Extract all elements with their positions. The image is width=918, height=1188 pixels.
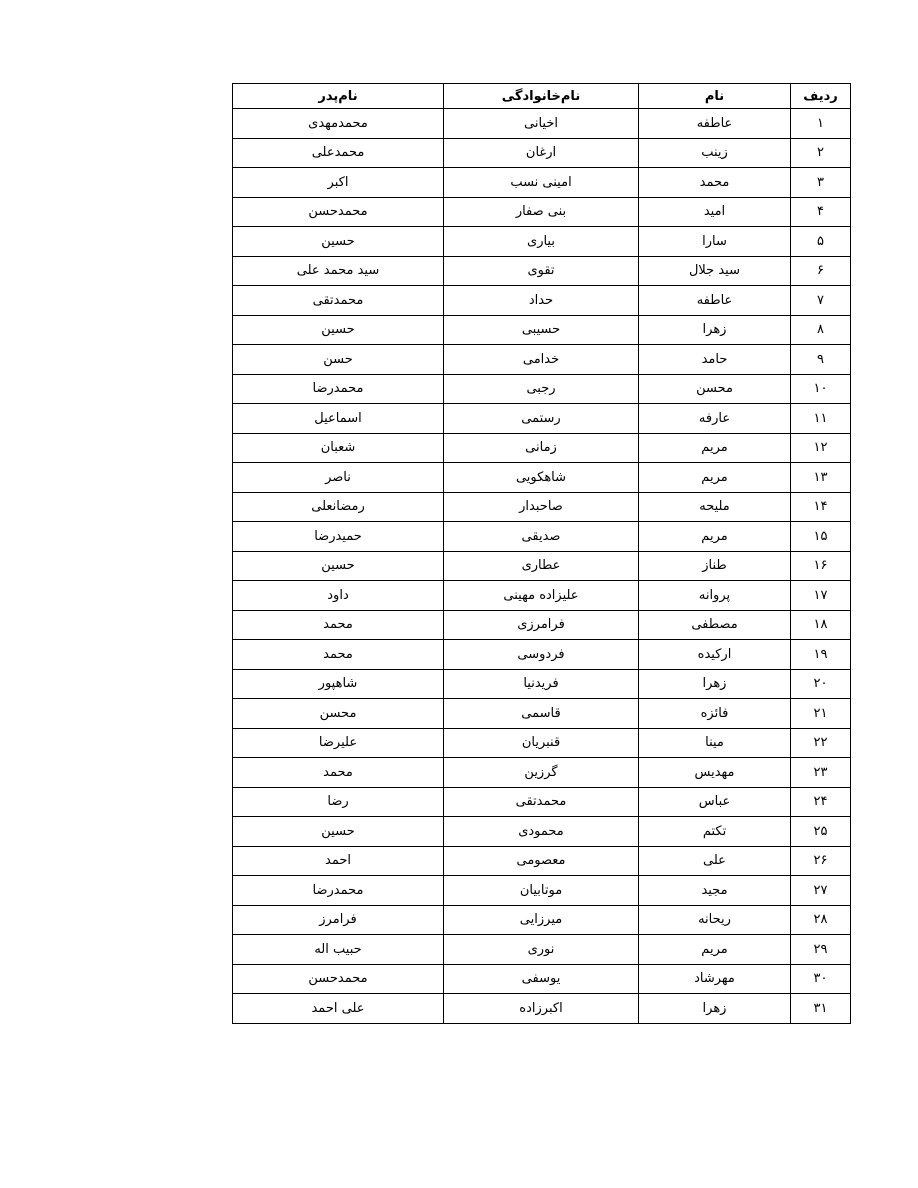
cell-first-name: زهرا bbox=[639, 994, 791, 1024]
cell-father-name: فرامرز bbox=[233, 905, 444, 935]
cell-father-name: شاهپور bbox=[233, 669, 444, 699]
cell-father-name: اسماعیل bbox=[233, 404, 444, 434]
cell-first-name: ارکیده bbox=[639, 640, 791, 670]
cell-father-name: محمد bbox=[233, 758, 444, 788]
cell-first-name: محمد bbox=[639, 168, 791, 198]
table-row: ۸ زهرا حسیبی حسین bbox=[233, 315, 851, 345]
cell-row-number: ۲۱ bbox=[791, 699, 851, 729]
cell-row-number: ۲۲ bbox=[791, 728, 851, 758]
cell-first-name: مریم bbox=[639, 935, 791, 965]
cell-father-name: سید محمد علی bbox=[233, 256, 444, 286]
cell-father-name: محمدحسن bbox=[233, 964, 444, 994]
cell-father-name: حبیب اله bbox=[233, 935, 444, 965]
cell-father-name: محمدعلی bbox=[233, 138, 444, 168]
cell-last-name: زمانی bbox=[444, 433, 639, 463]
cell-last-name: شاهکویی bbox=[444, 463, 639, 493]
cell-row-number: ۱۳ bbox=[791, 463, 851, 493]
cell-row-number: ۱۵ bbox=[791, 522, 851, 552]
table-row: ۱۴ ملیحه صاحبدار رمضانعلی bbox=[233, 492, 851, 522]
cell-row-number: ۲۳ bbox=[791, 758, 851, 788]
cell-father-name: محمدتقی bbox=[233, 286, 444, 316]
cell-first-name: ملیحه bbox=[639, 492, 791, 522]
table-row: ۳۱ زهرا اکبرزاده علی احمد bbox=[233, 994, 851, 1024]
cell-last-name: تقوی bbox=[444, 256, 639, 286]
cell-last-name: خدامی bbox=[444, 345, 639, 375]
table-row: ۶ سید جلال تقوی سید محمد علی bbox=[233, 256, 851, 286]
cell-father-name: علیرضا bbox=[233, 728, 444, 758]
names-table: ردیف نام نام‌خانوادگی نام‌پدر ۱ عاطفه اخ… bbox=[232, 83, 851, 1024]
cell-first-name: مهدیس bbox=[639, 758, 791, 788]
cell-father-name: داود bbox=[233, 581, 444, 611]
table-row: ۴ امید بنی صفار محمدحسن bbox=[233, 197, 851, 227]
cell-last-name: گرزین bbox=[444, 758, 639, 788]
cell-first-name: عباس bbox=[639, 787, 791, 817]
column-header-father-name: نام‌پدر bbox=[233, 84, 444, 109]
cell-father-name: ناصر bbox=[233, 463, 444, 493]
cell-father-name: علی احمد bbox=[233, 994, 444, 1024]
table-row: ۵ سارا بیاری حسین bbox=[233, 227, 851, 257]
cell-row-number: ۲۴ bbox=[791, 787, 851, 817]
table-row: ۲۲ مینا قنبریان علیرضا bbox=[233, 728, 851, 758]
cell-row-number: ۱۱ bbox=[791, 404, 851, 434]
cell-row-number: ۱۹ bbox=[791, 640, 851, 670]
table-row: ۲۱ فائزه قاسمی محسن bbox=[233, 699, 851, 729]
cell-father-name: رمضانعلی bbox=[233, 492, 444, 522]
cell-last-name: معصومی bbox=[444, 846, 639, 876]
cell-father-name: محسن bbox=[233, 699, 444, 729]
cell-father-name: محمد bbox=[233, 610, 444, 640]
cell-row-number: ۲ bbox=[791, 138, 851, 168]
cell-row-number: ۳ bbox=[791, 168, 851, 198]
cell-father-name: محمدمهدی bbox=[233, 109, 444, 139]
cell-last-name: حسیبی bbox=[444, 315, 639, 345]
table-row: ۱۵ مریم صدیقی حمیدرضا bbox=[233, 522, 851, 552]
cell-row-number: ۲۵ bbox=[791, 817, 851, 847]
cell-row-number: ۱۶ bbox=[791, 551, 851, 581]
table-row: ۱ عاطفه اخیانی محمدمهدی bbox=[233, 109, 851, 139]
table-row: ۲۸ ریحانه میرزایی فرامرز bbox=[233, 905, 851, 935]
cell-first-name: محسن bbox=[639, 374, 791, 404]
table-row: ۱۱ عارفه رستمی اسماعیل bbox=[233, 404, 851, 434]
cell-father-name: حمیدرضا bbox=[233, 522, 444, 552]
table-row: ۱۶ طناز عطاری حسین bbox=[233, 551, 851, 581]
table-body: ۱ عاطفه اخیانی محمدمهدی ۲ زینب ارغان محم… bbox=[233, 109, 851, 1024]
cell-row-number: ۱۰ bbox=[791, 374, 851, 404]
cell-father-name: رضا bbox=[233, 787, 444, 817]
cell-last-name: فریدنیا bbox=[444, 669, 639, 699]
table-row: ۲۴ عباس محمدتقی رضا bbox=[233, 787, 851, 817]
cell-first-name: حامد bbox=[639, 345, 791, 375]
column-header-row-number: ردیف bbox=[791, 84, 851, 109]
cell-father-name: شعبان bbox=[233, 433, 444, 463]
cell-last-name: صدیقی bbox=[444, 522, 639, 552]
cell-last-name: رستمی bbox=[444, 404, 639, 434]
cell-last-name: علیزاده مهینی bbox=[444, 581, 639, 611]
table-row: ۲۳ مهدیس گرزین محمد bbox=[233, 758, 851, 788]
cell-first-name: زینب bbox=[639, 138, 791, 168]
cell-last-name: نوری bbox=[444, 935, 639, 965]
table-row: ۳ محمد امینی نسب اکبر bbox=[233, 168, 851, 198]
cell-last-name: قنبریان bbox=[444, 728, 639, 758]
table-row: ۱۳ مریم شاهکویی ناصر bbox=[233, 463, 851, 493]
cell-first-name: زهرا bbox=[639, 315, 791, 345]
cell-father-name: محمدرضا bbox=[233, 374, 444, 404]
cell-first-name: مینا bbox=[639, 728, 791, 758]
cell-row-number: ۲۸ bbox=[791, 905, 851, 935]
cell-last-name: محمدتقی bbox=[444, 787, 639, 817]
cell-father-name: محمد bbox=[233, 640, 444, 670]
column-header-first-name: نام bbox=[639, 84, 791, 109]
cell-row-number: ۴ bbox=[791, 197, 851, 227]
cell-first-name: مهرشاد bbox=[639, 964, 791, 994]
cell-father-name: حسین bbox=[233, 315, 444, 345]
cell-first-name: مریم bbox=[639, 522, 791, 552]
cell-first-name: عاطفه bbox=[639, 109, 791, 139]
cell-first-name: مریم bbox=[639, 463, 791, 493]
cell-first-name: سارا bbox=[639, 227, 791, 257]
cell-first-name: فائزه bbox=[639, 699, 791, 729]
cell-row-number: ۲۶ bbox=[791, 846, 851, 876]
document-page: ردیف نام نام‌خانوادگی نام‌پدر ۱ عاطفه اخ… bbox=[0, 0, 918, 1188]
cell-first-name: عاطفه bbox=[639, 286, 791, 316]
cell-last-name: حداد bbox=[444, 286, 639, 316]
cell-first-name: طناز bbox=[639, 551, 791, 581]
table-row: ۲۵ تکتم محمودی حسین bbox=[233, 817, 851, 847]
cell-father-name: حسین bbox=[233, 227, 444, 257]
table-row: ۲۰ زهرا فریدنیا شاهپور bbox=[233, 669, 851, 699]
cell-last-name: فردوسی bbox=[444, 640, 639, 670]
table-row: ۲۹ مریم نوری حبیب اله bbox=[233, 935, 851, 965]
cell-last-name: اکبرزاده bbox=[444, 994, 639, 1024]
cell-last-name: قاسمی bbox=[444, 699, 639, 729]
cell-last-name: بیاری bbox=[444, 227, 639, 257]
cell-row-number: ۱۴ bbox=[791, 492, 851, 522]
names-table-container: ردیف نام نام‌خانوادگی نام‌پدر ۱ عاطفه اخ… bbox=[232, 83, 850, 1024]
cell-row-number: ۳۰ bbox=[791, 964, 851, 994]
table-row: ۱۸ مصطفی فرامرزی محمد bbox=[233, 610, 851, 640]
cell-first-name: پروانه bbox=[639, 581, 791, 611]
cell-father-name: حسین bbox=[233, 551, 444, 581]
cell-first-name: علی bbox=[639, 846, 791, 876]
cell-last-name: موتابیان bbox=[444, 876, 639, 906]
cell-first-name: تکتم bbox=[639, 817, 791, 847]
cell-row-number: ۹ bbox=[791, 345, 851, 375]
cell-row-number: ۱۷ bbox=[791, 581, 851, 611]
cell-first-name: عارفه bbox=[639, 404, 791, 434]
table-row: ۱۲ مریم زمانی شعبان bbox=[233, 433, 851, 463]
cell-last-name: یوسفی bbox=[444, 964, 639, 994]
cell-first-name: سید جلال bbox=[639, 256, 791, 286]
cell-last-name: صاحبدار bbox=[444, 492, 639, 522]
cell-last-name: اخیانی bbox=[444, 109, 639, 139]
column-header-last-name: نام‌خانوادگی bbox=[444, 84, 639, 109]
table-row: ۲۶ علی معصومی احمد bbox=[233, 846, 851, 876]
cell-first-name: امید bbox=[639, 197, 791, 227]
table-row: ۷ عاطفه حداد محمدتقی bbox=[233, 286, 851, 316]
cell-father-name: احمد bbox=[233, 846, 444, 876]
table-header-row: ردیف نام نام‌خانوادگی نام‌پدر bbox=[233, 84, 851, 109]
cell-row-number: ۶ bbox=[791, 256, 851, 286]
cell-last-name: امینی نسب bbox=[444, 168, 639, 198]
cell-last-name: رجبی bbox=[444, 374, 639, 404]
table-row: ۲ زینب ارغان محمدعلی bbox=[233, 138, 851, 168]
cell-last-name: میرزایی bbox=[444, 905, 639, 935]
cell-first-name: زهرا bbox=[639, 669, 791, 699]
cell-father-name: حسین bbox=[233, 817, 444, 847]
cell-last-name: بنی صفار bbox=[444, 197, 639, 227]
cell-first-name: ریحانه bbox=[639, 905, 791, 935]
cell-father-name: محمدرضا bbox=[233, 876, 444, 906]
cell-first-name: مجید bbox=[639, 876, 791, 906]
table-row: ۳۰ مهرشاد یوسفی محمدحسن bbox=[233, 964, 851, 994]
cell-first-name: مصطفی bbox=[639, 610, 791, 640]
table-row: ۱۷ پروانه علیزاده مهینی داود bbox=[233, 581, 851, 611]
cell-row-number: ۲۷ bbox=[791, 876, 851, 906]
cell-first-name: مریم bbox=[639, 433, 791, 463]
cell-row-number: ۷ bbox=[791, 286, 851, 316]
cell-row-number: ۸ bbox=[791, 315, 851, 345]
cell-father-name: حسن bbox=[233, 345, 444, 375]
cell-row-number: ۲۹ bbox=[791, 935, 851, 965]
cell-last-name: فرامرزی bbox=[444, 610, 639, 640]
cell-father-name: محمدحسن bbox=[233, 197, 444, 227]
cell-row-number: ۱ bbox=[791, 109, 851, 139]
cell-row-number: ۱۸ bbox=[791, 610, 851, 640]
table-row: ۱۹ ارکیده فردوسی محمد bbox=[233, 640, 851, 670]
cell-row-number: ۱۲ bbox=[791, 433, 851, 463]
cell-row-number: ۳۱ bbox=[791, 994, 851, 1024]
table-row: ۹ حامد خدامی حسن bbox=[233, 345, 851, 375]
cell-last-name: عطاری bbox=[444, 551, 639, 581]
cell-row-number: ۵ bbox=[791, 227, 851, 257]
table-row: ۲۷ مجید موتابیان محمدرضا bbox=[233, 876, 851, 906]
cell-father-name: اکبر bbox=[233, 168, 444, 198]
cell-last-name: محمودی bbox=[444, 817, 639, 847]
cell-last-name: ارغان bbox=[444, 138, 639, 168]
table-row: ۱۰ محسن رجبی محمدرضا bbox=[233, 374, 851, 404]
cell-row-number: ۲۰ bbox=[791, 669, 851, 699]
